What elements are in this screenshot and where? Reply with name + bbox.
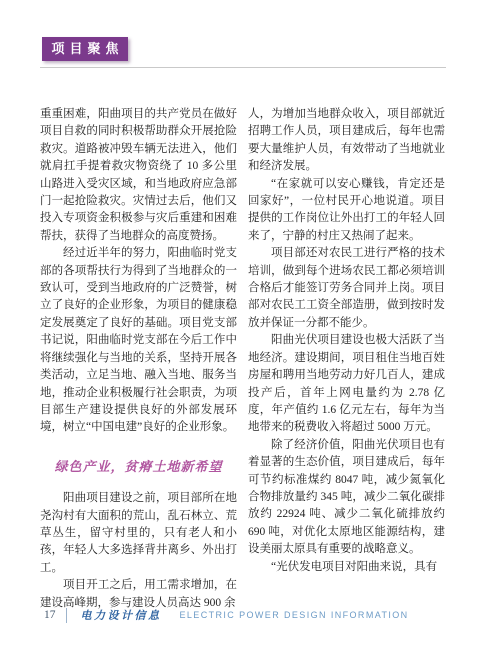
paragraph: 人，为增加当地群众收入，项目部就近招聘工作人员，项目建成后，每年也需要大量维护人… bbox=[248, 106, 445, 176]
section-tag-label: 项目聚焦 bbox=[51, 41, 123, 56]
section-heading: 绿色产业，贫瘠土地新希望 bbox=[40, 458, 237, 475]
paragraph: 阳曲光伏项目建设也极大活跃了当地经济。建设期间，项目租住当地百姓房屋和聘用当地劳… bbox=[248, 332, 445, 436]
paragraph: 项目部还对农民工进行严格的技术培训，做到每个进场农民工都必须培训合格后才能签订劳… bbox=[248, 245, 445, 332]
paragraph: “在家就可以安心赚钱，肯定还是回家好”，一位村民开心地说道。项目提供的工作岗位让… bbox=[248, 176, 445, 246]
paragraph: 重重困难，阳曲项目的共产党员在做好项目自救的同时积极帮助群众开展抢险救灾。道路被… bbox=[40, 106, 237, 245]
paragraph: 除了经济价值，阳曲光伏项目也有着显著的生态价值，项目建成后，每年可节约标准煤约 … bbox=[248, 437, 445, 559]
paragraph: “光伏发电项目对阳曲来说，具有 bbox=[248, 559, 445, 576]
page-number: 17 bbox=[44, 609, 56, 621]
article-body: 重重困难，阳曲项目的共产党员在做好项目自救的同时积极帮助群众开展抢险救灾。道路被… bbox=[40, 106, 445, 612]
header-rule bbox=[40, 67, 446, 68]
journal-title-chinese: 电力设计信息 bbox=[81, 607, 162, 623]
footer-divider bbox=[66, 608, 67, 623]
section-tag: 项目聚焦 bbox=[42, 37, 128, 61]
page-footer: 17 电力设计信息 ELECTRIC POWER DESIGN INFORMAT… bbox=[44, 607, 409, 623]
magazine-page: 项目聚焦 重重困难，阳曲项目的共产党员在做好项目自救的同时积极帮助群众开展抢险救… bbox=[0, 0, 480, 663]
paragraph: 阳曲项目建设之前，项目部所在地尧沟村有大面积的荒山，乱石林立、荒草丛生，留守村里… bbox=[40, 490, 237, 577]
paragraph: 经过近半年的努力，阳曲临时党支部的各项帮扶行为得到了当地群众的一致认可，受到当地… bbox=[40, 245, 237, 436]
left-column: 重重困难，阳曲项目的共产党员在做好项目自救的同时积极帮助群众开展抢险救灾。道路被… bbox=[40, 106, 237, 612]
right-column: 人，为增加当地群众收入，项目部就近招聘工作人员，项目建成后，每年也需要大量维护人… bbox=[248, 106, 445, 612]
journal-title-english: ELECTRIC POWER DESIGN INFORMATION bbox=[180, 610, 409, 620]
